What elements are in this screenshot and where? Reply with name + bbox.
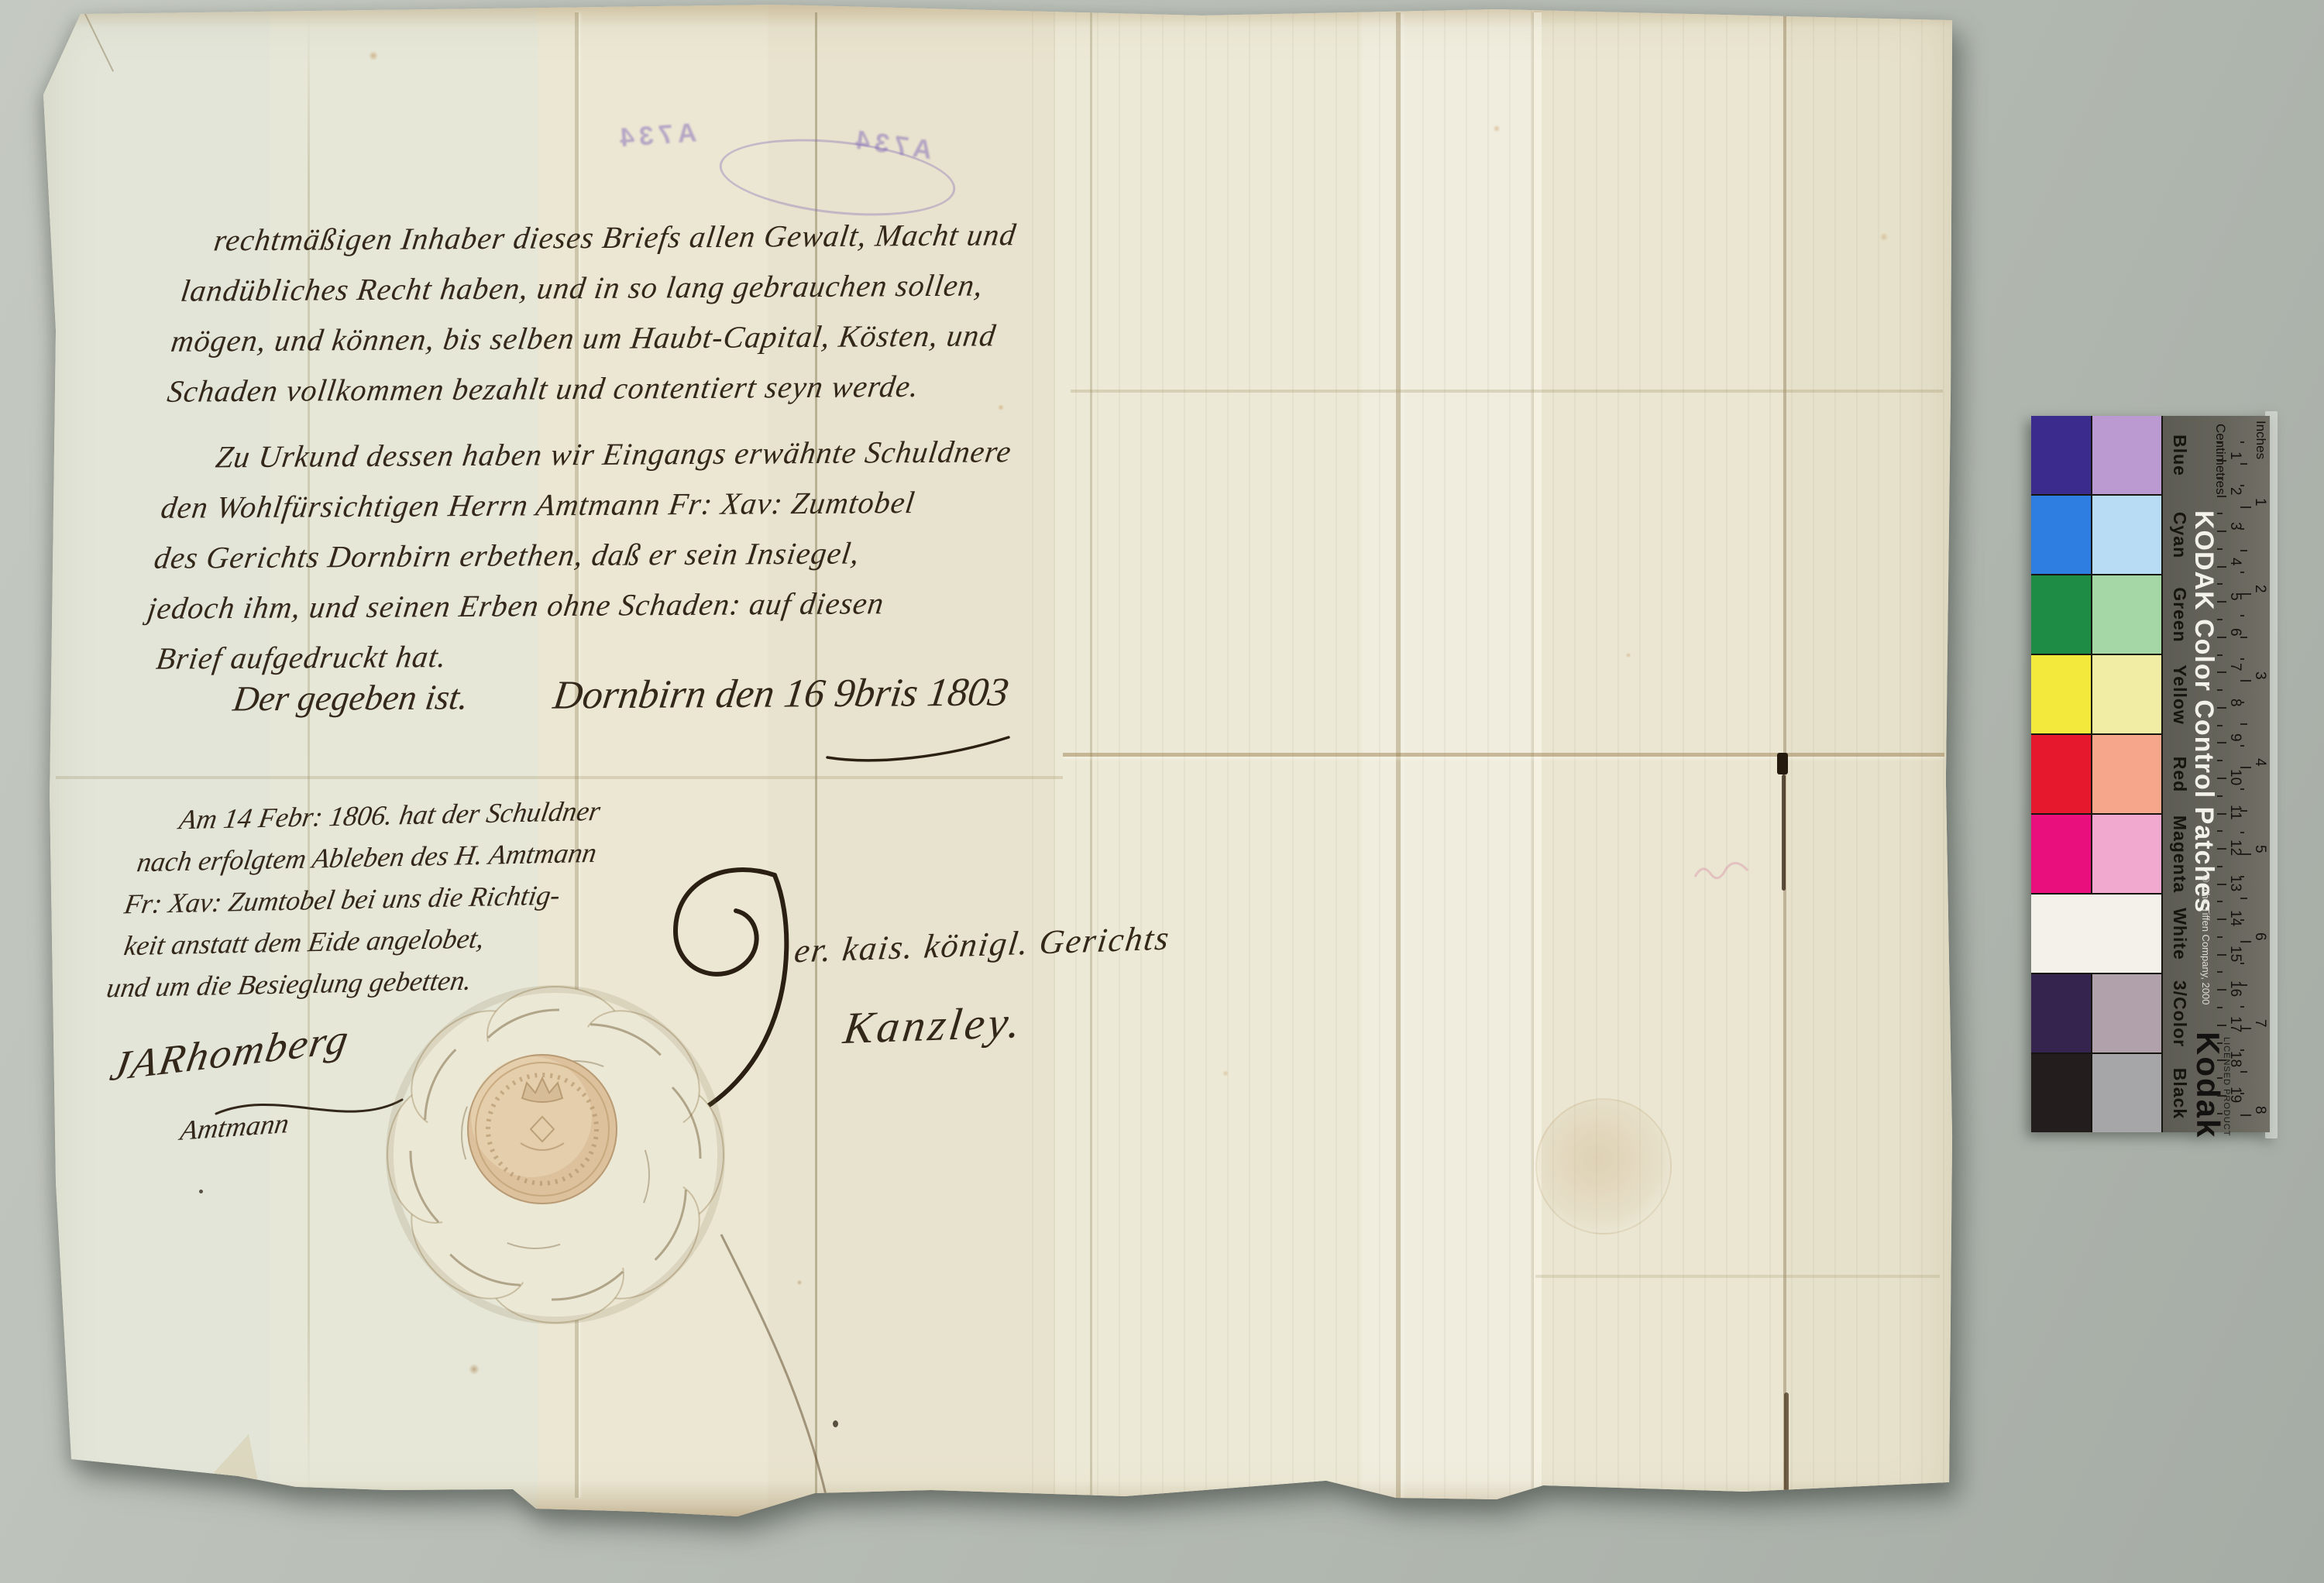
ruler-tick [2217,866,2223,867]
script-line: den Wohlfürsichtigen Herrn Amtmann Fr: X… [158,476,1008,533]
corner-crease [81,7,114,72]
patch-label-black: Black [2169,1068,2190,1119]
patch-blue [2031,416,2091,494]
patch-magenta-tint [2092,815,2161,893]
ruler-tick [2240,441,2244,443]
ruler-number: 17 [2226,1016,2243,1032]
ruler-tick [2240,1049,2244,1051]
ruler-tick [2217,901,2223,902]
ruler-number: 2 [2226,487,2243,496]
ruler-tick [2240,745,2244,747]
ruler-tick [2217,531,2226,532]
chancery-line-2: Kanzley. [841,996,1026,1054]
ruler-tick [2240,876,2244,877]
ruler-tick [2217,654,2223,656]
ruler-tick [2217,725,2223,726]
color-patch-grid [2031,416,2163,1132]
faint-red-mark [1690,855,1752,886]
strip-title: KODAK Color Control Patches [2188,510,2219,913]
ruler-tick [2240,1028,2251,1029]
ruler-tick [2240,898,2247,899]
patch-magenta [2031,815,2091,893]
paragraph-1: rechtmäßigen Inhaber dieses Briefs allen… [164,209,1019,416]
ruler-tick [2240,810,2247,812]
fold-tear-mark [1782,774,1786,891]
ruler-tick [2217,601,2226,603]
ruler-tick [2240,941,2251,943]
patch-label-3/color: 3/Color [2169,980,2190,1047]
ruler-tick [2240,788,2244,790]
ruler-tick [2217,760,2223,761]
pen-flourish-tail [710,1228,842,1507]
ruler-tick [2240,1006,2244,1008]
ruler-tick [2217,707,2226,709]
ruler-tick [2240,637,2247,638]
ruler-tick [2217,795,2223,797]
fold-tear-mark [1777,753,1788,774]
paper-rosette-seal [366,965,745,1344]
ruler-tick [2240,528,2244,530]
ruler-tick [2240,463,2247,465]
manuscript-paper-sheet: A734 A734 rechtmäßigen Inhaber dieses Br… [40,5,1955,1516]
patch-label-yellow: Yellow [2169,664,2190,725]
ruler-number: 18 [2226,1051,2243,1067]
ruler-tick [2240,1071,2247,1073]
ruler-tick [2217,478,2223,479]
ruler-tick [2240,984,2247,986]
ruler-tick [2217,1059,2226,1061]
ruler-tick [2240,853,2251,855]
kodak-logo: Kodak [2189,1032,2226,1138]
paper-shadow-wrap: A734 A734 rechtmäßigen Inhaber dieses Br… [0,0,2324,1583]
script-line: mögen, und können, bis selben um Haubt-C… [168,310,1006,366]
script-line: Schaden vollkommen bezahlt und contentie… [164,360,999,416]
ruler-number: 9 [2226,733,2243,742]
ruler-tick [2217,971,2223,973]
ruler-tick [2240,658,2244,660]
patch-3/color-tint [2092,974,2161,1052]
ruler-tick [2217,813,2226,815]
ruler-number: 8 [2251,1106,2268,1114]
dateline-place-date: Dornbirn den 16 9bris 1803 [551,670,1012,719]
ruler-tick [2217,919,2226,920]
ruler-tick [2240,1114,2251,1116]
ruler-tick [2217,566,2226,568]
ruler-tick [2240,1093,2244,1094]
script-line: landübliches Recht haben, und in so lang… [177,259,1012,315]
laid-paper-texture [1032,5,1955,1516]
ruler-tick [2240,723,2247,725]
patch-black [2031,1054,2091,1132]
ruler-tick [2240,702,2244,703]
patch-red [2031,735,2091,813]
horizontal-fold-crease [1071,390,1943,393]
ruler-tick [2240,485,2244,486]
patch-label-red: Red [2169,757,2190,792]
script-line: jedoch ihm, und seinen Erben ohne Schade… [144,577,994,634]
ruler-tick [2217,1007,2223,1008]
ruler-number: 4 [2251,758,2268,767]
patch-3/color [2031,974,2091,1052]
strip-copyright: © The Tiffen Company, 2000 [2200,873,2212,1004]
ruler-tick [2217,442,2223,444]
ruler-tick [2217,689,2223,691]
horizontal-fold-crease [1535,1275,1940,1278]
ruler-tick [2240,919,2244,921]
ruler-tick [2240,593,2251,595]
script-line: des Gerichts Dornbirn erbethen, daß er s… [151,527,1001,583]
ruler-tick [2217,936,2223,938]
folded-corner [195,1434,260,1493]
ruler-number: 16 [2226,980,2243,997]
ruler-tick [2217,742,2226,743]
ruler-tick [2217,954,2226,956]
paragraph-2: Zu Urkund dessen haben wir Eingangs erwä… [138,426,1015,684]
seal-bleedthrough [1535,1098,1672,1234]
inches-label: Inches [2253,421,2268,459]
ruler-number: 10 [2226,769,2243,785]
patch-cyan [2031,496,2091,574]
ruler-number: 1 [2226,452,2243,460]
patch-yellow [2031,655,2091,733]
ruler-tick [2240,963,2244,964]
ruler-tick [2217,778,2226,779]
script-line: rechtmäßigen Inhaber dieses Briefs allen… [211,209,1019,265]
ruler-tick [2217,830,2223,832]
ruler-tick [2240,832,2244,833]
ruler-number: 5 [2251,845,2268,853]
ruler-number: 6 [2251,932,2268,941]
ruler-number: 6 [2226,628,2243,637]
patch-red-tint [2092,735,2161,813]
ruler-tick [2217,637,2226,638]
ruler-tick [2217,989,2226,991]
fold-tear-mark [1784,1392,1789,1495]
horizontal-fold-crease [1063,753,1944,757]
ruler-tick [2217,848,2226,850]
patch-label-blue: Blue [2169,434,2190,476]
ruler-tick [2240,680,2251,682]
ink-fleck [199,1190,203,1193]
ruler-tick [2217,884,2226,885]
ruler-tick [2217,1042,2223,1044]
script-line: Zu Urkund dessen haben wir Eingangs erwä… [213,426,1015,482]
dateline: Der gegeben ist. Dornbirn den 16 9bris 1… [231,670,1012,721]
embossed-wax-disc [467,1054,617,1204]
ruler-number: 15 [2226,946,2243,962]
photographed-document-scene: A734 A734 rechtmäßigen Inhaber dieses Br… [0,0,2324,1583]
patch-label-magenta: Magenta [2169,816,2190,893]
ruler-tick [2217,1025,2226,1026]
dateline-prefix: Der gegeben ist. [231,676,471,719]
ruler-tick [2217,496,2226,497]
patch-blue-tint [2092,416,2161,494]
ruler-tick [2217,548,2223,550]
archive-stamp-mark: A734 [614,118,698,153]
ruler-number: 7 [2226,663,2243,671]
ruler-tick [2240,550,2247,551]
patch-label-cyan: Cyan [2169,512,2190,558]
patch-yellow-tint [2092,655,2161,733]
patch-label-green: Green [2169,587,2190,642]
ruler-tick [2217,1077,2223,1079]
ruler-number: 4 [2226,558,2243,566]
ruler-tick [2240,506,2251,508]
ruler-tick [2217,583,2223,585]
ruler-tick [2217,1113,2223,1114]
ruler-number: 3 [2251,671,2268,680]
ruler-tick [2240,615,2244,616]
patch-label-white: White [2169,908,2190,960]
patch-cyan-tint [2092,496,2161,574]
ruler-tick [2217,671,2226,673]
patch-white [2031,895,2161,973]
ruler-tick [2240,767,2251,768]
signature-name: JARhomberg [107,1015,353,1090]
ruler-tick [2217,513,2223,514]
ruler-tick [2217,1095,2226,1097]
horizontal-fold-crease [56,776,1063,779]
ruler-number: 2 [2251,585,2268,593]
kodak-color-control-strip: BlueCyanGreenYellowRedMagentaWhite3/Colo… [2031,416,2270,1132]
ruler-number: 1 [2251,498,2268,506]
patch-green-tint [2092,575,2161,654]
ruler-tick [2240,572,2244,573]
ruler-number: 7 [2251,1019,2268,1028]
ruler-number: 13 [2226,875,2243,891]
centimetres-label: Centimetres [2212,424,2228,495]
ruler-tick [2217,619,2223,620]
date-flourish [821,733,1015,767]
patch-green [2031,575,2091,654]
ruler-tick [2217,460,2226,462]
strip-label-panel: BlueCyanGreenYellowRedMagentaWhite3/Colo… [2163,416,2270,1132]
ruler-number: 19 [2226,1087,2243,1103]
patch-black-tint [2092,1054,2161,1132]
